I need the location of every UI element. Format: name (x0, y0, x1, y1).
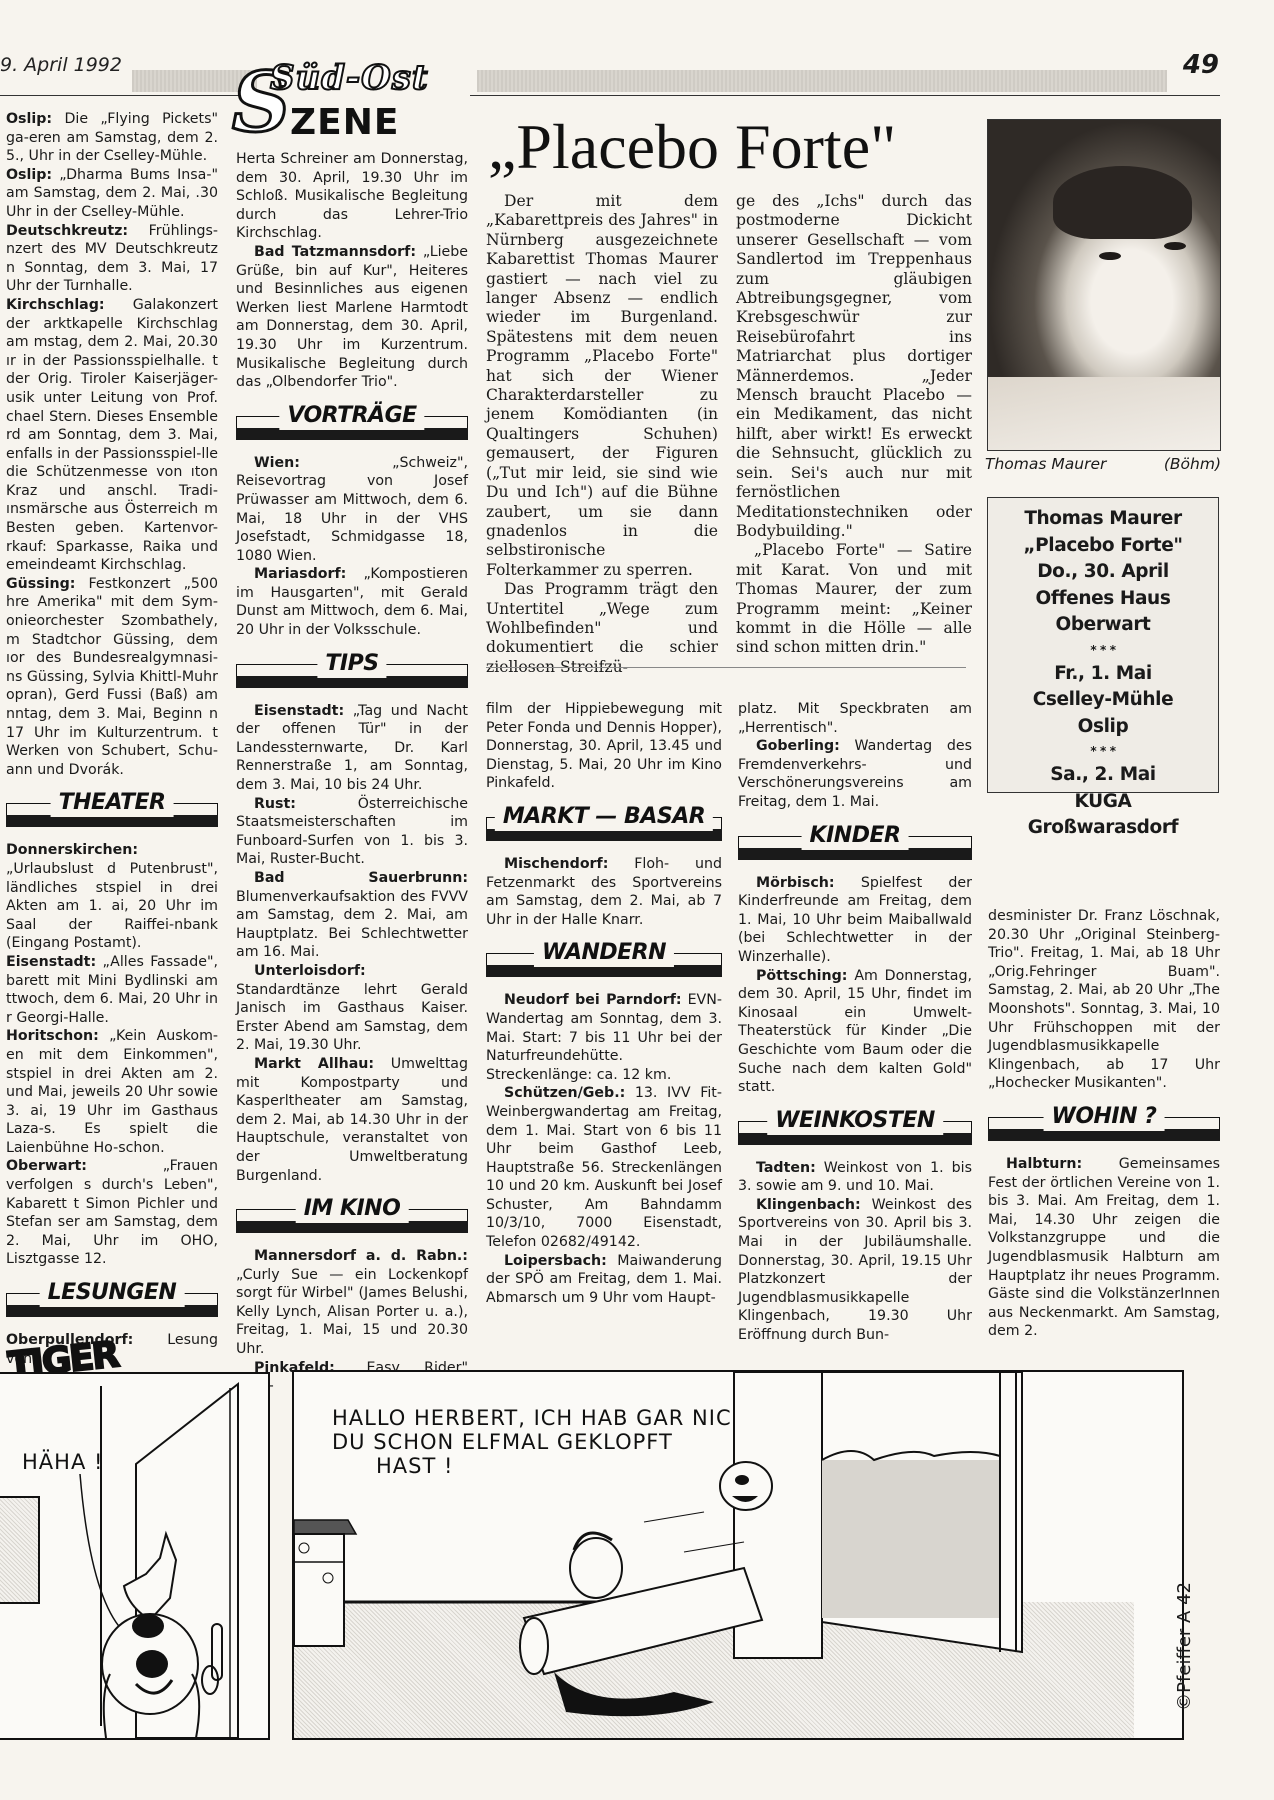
room-and-characters-drawing (294, 1372, 1182, 1738)
page-number: 49 (1183, 50, 1219, 80)
listing-entry: Wien: „Schweiz", Reisevortrag von Josef … (236, 454, 468, 566)
comic-panel-1: HÄHA ! (0, 1372, 270, 1740)
infobox-line: Oslip (988, 714, 1218, 741)
section-header-theater: THEATER (6, 789, 218, 829)
column-1: Oslip: Die „Flying Pickets" ga-eren am S… (6, 110, 218, 1368)
section-title: WEINKOSTEN (767, 1107, 943, 1135)
section-header-lesungen: LESUNGEN (6, 1279, 218, 1319)
section-title: KINDER (802, 822, 909, 850)
sued-ost-szene-logo: S Süd-Ost ZENE (232, 58, 437, 146)
column-5: desminister Dr. Franz Löschnak, 20.30 Uh… (988, 907, 1220, 1341)
listing-entry: Oberwart: „Frauen verfolgen s durch's Le… (6, 1157, 218, 1269)
section-title: MARKT — BASAR (495, 803, 713, 831)
column-2: Herta Schreiner am Donnerstag, dem 30. A… (236, 150, 468, 1396)
listing-entry: Markt Allhau: Umwelttag mit Kompostparty… (236, 1055, 468, 1185)
listing-entry: Bad Sauerbrunn: Blumenverkaufsaktion des… (236, 869, 468, 962)
article-divider (486, 667, 966, 668)
listing-entry: Rust: Österreichische Staatsmeisterschaf… (236, 795, 468, 869)
listing-entry: Neudorf bei Parndorf: EVN-Wandertag am S… (486, 991, 722, 1084)
listing-entry: Halbturn: Gemeinsames Fest der örtlichen… (988, 1155, 1220, 1341)
column-3: film der Hippiebewegung mit Peter Fonda … (486, 700, 722, 1307)
header-rule-right (470, 95, 1220, 96)
listing-entry: Donnerskirchen: „Urlaubslust d Putenbrus… (6, 841, 218, 953)
article-column-a: Der mit dem „Kabarettpreis des Jahres" i… (486, 192, 718, 677)
listing-entry: Mörbisch: Spielfest der Kinderfreunde am… (738, 874, 972, 967)
article-column-b: ge des „Ichs" durch das postmoderne Dick… (736, 192, 972, 658)
listing-entry: Deutschkreutz: Frühlings-nzert des MV De… (6, 222, 218, 296)
section-header-wohin: WOHIN ? (988, 1103, 1220, 1143)
header-rule-left (0, 95, 250, 96)
column-4: platz. Mit Speckbraten am „Herrentisch".… (738, 700, 972, 1345)
infobox-line: Fr., 1. Mai (988, 661, 1218, 688)
listing-entry: Güssing: Festkonzert „500 hre Amerika" m… (6, 575, 218, 780)
caption-name: Thomas Maurer (985, 455, 1106, 473)
article-paragraph: Der mit dem „Kabarettpreis des Jahres" i… (486, 192, 718, 580)
listing-entry: Bad Tatzmannsdorf: „Liebe Grüße, bin auf… (236, 243, 468, 392)
comic-panel-2: HALLO HERBERT, ICH HAB GAR NICHT GEHÖRT,… (292, 1370, 1184, 1740)
listing-entry: Mariasdorf: „Kompostieren im Hausgarten"… (236, 565, 468, 639)
listing-continuation: platz. Mit Speckbraten am „Herrentisch". (738, 700, 972, 737)
infobox-line: Oberwart (988, 612, 1218, 639)
article-paragraph: Das Programm trägt den Untertitel „Wege … (486, 580, 718, 677)
section-title: WANDERN (534, 939, 674, 967)
portrait-photo-thomas-maurer (987, 119, 1221, 451)
logo-top-text: Süd-Ost (270, 58, 429, 98)
logo-bottom-text: ZENE (290, 102, 399, 143)
section-header-vortraege: VORTRÄGE (236, 402, 468, 442)
article-paragraph: „Placebo Forte" — Satire mit Karat. Von … (736, 541, 972, 657)
listing-entry: Pöttsching: Am Donnerstag, dem 30. April… (738, 967, 972, 1097)
listing-entry: Oslip: Die „Flying Pickets" ga-eren am S… (6, 110, 218, 166)
event-info-box: Thomas Maurer „Placebo Forte" Do., 30. A… (987, 497, 1219, 793)
listing-entry: Goberling: Wandertag des Fremdenverkehrs… (738, 737, 972, 811)
section-header-im-kino: IM KINO (236, 1195, 468, 1235)
infobox-separator: * * * (988, 639, 1218, 661)
infobox-separator: * * * (988, 740, 1218, 762)
photo-caption: Thomas Maurer (Böhm) (985, 455, 1221, 473)
article-headline: „Placebo Forte" (488, 112, 896, 182)
infobox-line: Thomas Maurer (988, 506, 1218, 533)
section-title: THEATER (51, 789, 174, 817)
infobox-line: Sa., 2. Mai (988, 762, 1218, 789)
section-header-kinder: KINDER (738, 822, 972, 862)
section-header-markt-basar: MARKT — BASAR (486, 803, 722, 843)
listing-entry: Mannersdorf a. d. Rabn.: „Curly Sue — ei… (236, 1247, 468, 1359)
listing-continuation: film der Hippiebewegung mit Peter Fonda … (486, 700, 722, 793)
section-header-tips: TIPS (236, 650, 468, 690)
listing-continuation: Herta Schreiner am Donnerstag, dem 30. A… (236, 150, 468, 243)
infobox-line: Großwarasdorf (988, 815, 1218, 842)
section-header-wandern: WANDERN (486, 939, 722, 979)
infobox-line: Cselley-Mühle (988, 687, 1218, 714)
artist-signature: ©Pfeiffer A 42 (1174, 1582, 1195, 1711)
listing-entry: Schützen/Geb.: 13. IVV Fit-Weinbergwande… (486, 1084, 722, 1251)
listing-entry: Kirchschlag: Galakonzert der arktkapelle… (6, 296, 218, 575)
listing-entry: Loipersbach: Maiwanderung der SPÖ am Fre… (486, 1252, 722, 1308)
infobox-line: „Placebo Forte" (988, 533, 1218, 560)
section-title: TIPS (317, 650, 386, 678)
listing-entry: Tadten: Weinkost von 1. bis 3. sowie am … (738, 1159, 972, 1196)
header-band-right (477, 70, 1167, 92)
listing-continuation: desminister Dr. Franz Löschnak, 20.30 Uh… (988, 907, 1220, 1093)
caption-credit: (Böhm) (1164, 455, 1221, 473)
infobox-line: Offenes Haus (988, 586, 1218, 613)
listing-entry: Mischendorf: Floh- und Fetzenmarkt des S… (486, 855, 722, 929)
section-title: IM KINO (296, 1195, 409, 1223)
article-paragraph: ge des „Ichs" durch das postmoderne Dick… (736, 192, 972, 541)
section-title: VORTRÄGE (279, 402, 424, 430)
listing-entry: Oslip: „Dharma Bums Insa-" am Samstag, d… (6, 166, 218, 222)
issue-date: 9. April 1992 (0, 54, 122, 76)
listing-entry: Unterloisdorf: Standardtänze lehrt Geral… (236, 962, 468, 1055)
section-header-weinkosten: WEINKOSTEN (738, 1107, 972, 1147)
listing-entry: Eisenstadt: „Tag und Nacht der offenen T… (236, 702, 468, 795)
door-and-character-drawing (0, 1374, 268, 1738)
listing-entry: Eisenstadt: „Alles Fassade", barett mit … (6, 953, 218, 1027)
listing-entry: Klingenbach: Weinkost des Sportvereins v… (738, 1196, 972, 1345)
listing-entry: Horitschon: „Kein Auskom-en mit dem Eink… (6, 1027, 218, 1157)
infobox-line: KUGA (988, 789, 1218, 816)
section-title: WOHIN ? (1044, 1103, 1165, 1131)
infobox-line: Do., 30. April (988, 559, 1218, 586)
section-title: LESUNGEN (40, 1279, 185, 1307)
